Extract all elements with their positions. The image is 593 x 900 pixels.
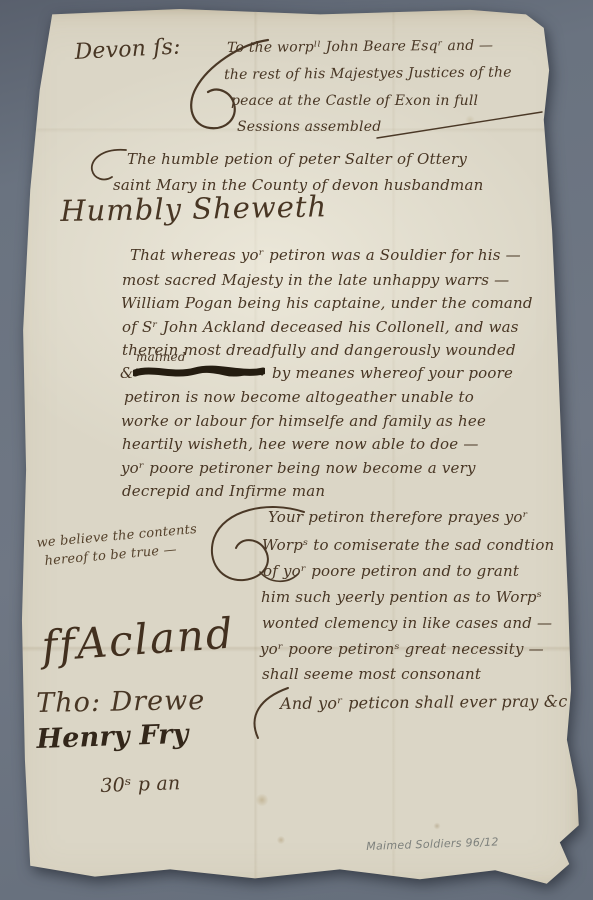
closing-line: And yoʳ peticon shall ever pray &c: [280, 691, 568, 713]
prayer-line: yoʳ poore petironˢ great necessity —: [260, 640, 544, 658]
interlined-correction: maimed: [136, 350, 186, 364]
body-line: petiron is now become altogeather unable…: [124, 388, 474, 406]
address-line: To the worpˡˡ John Beare Esqʳ and —: [227, 38, 493, 56]
prayer-line: of yoʳ poore petiron and to grant: [263, 562, 519, 580]
prayer-line: him such yeerly pention as to Worpˢ: [261, 588, 542, 606]
body-line: most sacred Majesty in the late unhappy …: [122, 271, 509, 289]
signature: Henry Fry: [36, 719, 189, 755]
struck-out-scribble: [133, 363, 265, 381]
archival-note: Maimed Soldiers 96/12: [366, 835, 499, 853]
closing-flourish-icon: [244, 684, 296, 742]
body-line: William Pogan being his captaine, under …: [121, 294, 533, 312]
manuscript-page: Devon ſs: To the worpˡˡ John Beare Esqʳ …: [0, 0, 593, 900]
body-line: decrepid and Infirme man: [122, 482, 325, 500]
body-line: of Sʳ John Ackland deceased his Collonel…: [122, 318, 519, 336]
title-line: The humble petion of peter Salter of Ott…: [127, 150, 467, 168]
prayer-line: wonted clemency in like cases and —: [262, 614, 552, 632]
struck-line-prefix: &: [120, 364, 134, 382]
signature: Tho: Drewe: [36, 685, 205, 719]
paper-shadow: Devon ſs: To the worpˡˡ John Beare Esqʳ …: [0, 0, 593, 900]
body-line: worke or labour for himselfe and family …: [121, 412, 486, 430]
prayer-line: Worpˢ to comiserate the sad condtion: [262, 536, 554, 554]
underline-swash-icon: [372, 106, 548, 144]
body-line: yoʳ poore petironer being now become a v…: [121, 459, 476, 477]
county-mark: Devon ſs:: [74, 34, 181, 65]
prayer-line: shall seeme most consonant: [262, 665, 481, 683]
address-line: the rest of his Majestyes Justices of th…: [224, 64, 512, 83]
body-line: That whereas yoʳ petiron was a Souldier …: [130, 246, 521, 264]
struck-line-suffix: by meanes whereof your poore: [272, 364, 513, 382]
address-line: Sessions assembled: [237, 119, 381, 135]
prayer-line: Your petiron therefore prayes yoʳ: [268, 508, 528, 526]
photo-background: Devon ſs: To the worpˡˡ John Beare Esqʳ …: [0, 0, 593, 900]
salutation: Humbly Sheweth: [60, 189, 327, 228]
body-line: heartily wisheth, hee were now able to d…: [122, 435, 479, 453]
signature: ffAcland: [40, 609, 236, 671]
award-note: 30ˢ p an: [100, 772, 181, 797]
